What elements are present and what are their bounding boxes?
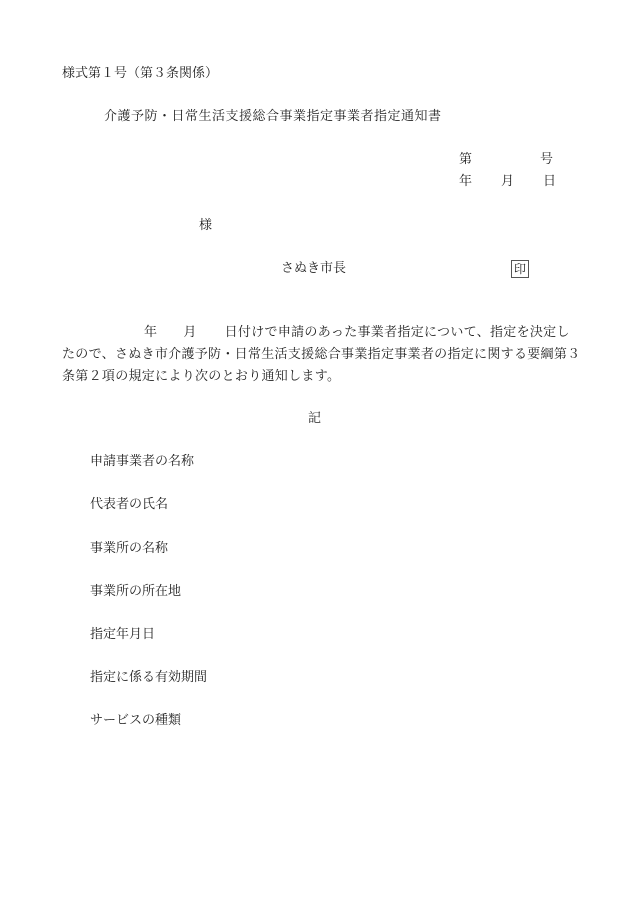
document-title: 介護予防・日常生活支援総合事業指定事業者指定通知書 xyxy=(104,109,442,125)
seal-stamp-icon: 印 xyxy=(511,260,529,278)
body-paragraph: 年月日付けで申請のあった事業者指定について、指定を決定したので、さぬき市介護予防… xyxy=(62,322,582,388)
item-validity-period: 指定に係る有効期間 xyxy=(90,670,207,686)
issuer-name: さぬき市長 xyxy=(281,261,346,277)
item-service-type: サービスの種類 xyxy=(90,713,181,729)
document-number-line: 第号 xyxy=(459,152,553,168)
number-prefix: 第 xyxy=(459,152,472,167)
date-year: 年 xyxy=(459,174,472,189)
date-day: 日 xyxy=(543,174,556,189)
number-suffix: 号 xyxy=(540,152,553,167)
item-designation-date: 指定年月日 xyxy=(90,627,155,643)
issue-date-line: 年月日 xyxy=(459,174,556,190)
item-representative-name: 代表者の氏名 xyxy=(90,497,168,513)
item-applicant-name: 申請事業者の名称 xyxy=(90,454,194,470)
date-month: 月 xyxy=(501,174,514,189)
addressee-suffix: 様 xyxy=(199,218,212,234)
body-text-line1: 日付けで申請のあった事業者指定について、指定を決定 xyxy=(225,325,557,340)
body-date-month: 月 xyxy=(183,325,196,340)
ki-heading: 記 xyxy=(308,411,321,427)
form-number: 様式第１号（第３条関係） xyxy=(62,66,218,82)
item-office-name: 事業所の名称 xyxy=(90,541,168,557)
item-office-address: 事業所の所在地 xyxy=(90,584,181,600)
body-date-year: 年 xyxy=(144,325,157,340)
